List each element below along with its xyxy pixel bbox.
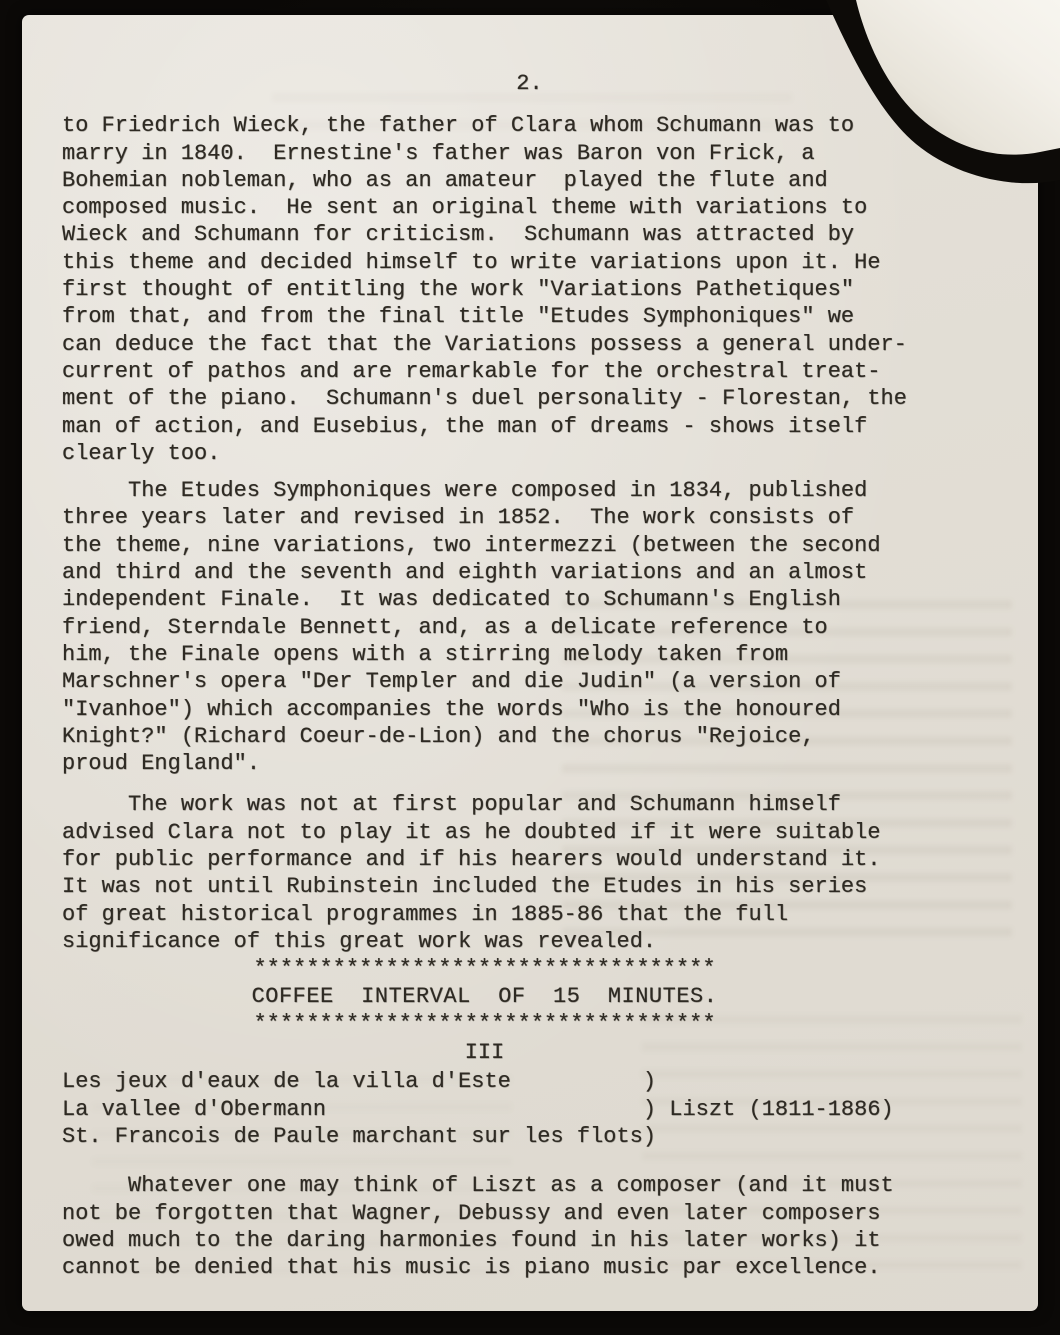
asterisk-divider-top: *********************************** <box>62 955 907 982</box>
programme-item: La vallee d'Obermann ) Liszt (1811-1886) <box>62 1096 907 1123</box>
programme-item: St. Francois de Paule marchant sur les f… <box>62 1123 907 1150</box>
programme-item: Les jeux d'eaux de la villa d'Este ) <box>62 1068 907 1095</box>
typed-page: 2. to Friedrich Wieck, the father of Cla… <box>22 15 1038 1311</box>
paragraph-reception: The work was not at first popular and Sc… <box>62 791 907 955</box>
page-body: 2. to Friedrich Wieck, the father of Cla… <box>62 15 907 1281</box>
paragraph-schumann-intro: to Friedrich Wieck, the father of Clara … <box>62 112 907 467</box>
paragraph-etudes-history: The Etudes Symphoniques were composed in… <box>62 477 907 777</box>
programme-listing: Les jeux d'eaux de la villa d'Este ) La … <box>62 1068 907 1150</box>
section-heading-iii: III <box>62 1039 907 1066</box>
page-number: 2. <box>107 70 952 97</box>
coffee-interval-notice: COFFEE INTERVAL OF 15 MINUTES. <box>62 983 907 1010</box>
asterisk-divider-bottom: *********************************** <box>62 1010 907 1037</box>
paragraph-liszt-intro: Whatever one may think of Liszt as a com… <box>62 1172 907 1281</box>
